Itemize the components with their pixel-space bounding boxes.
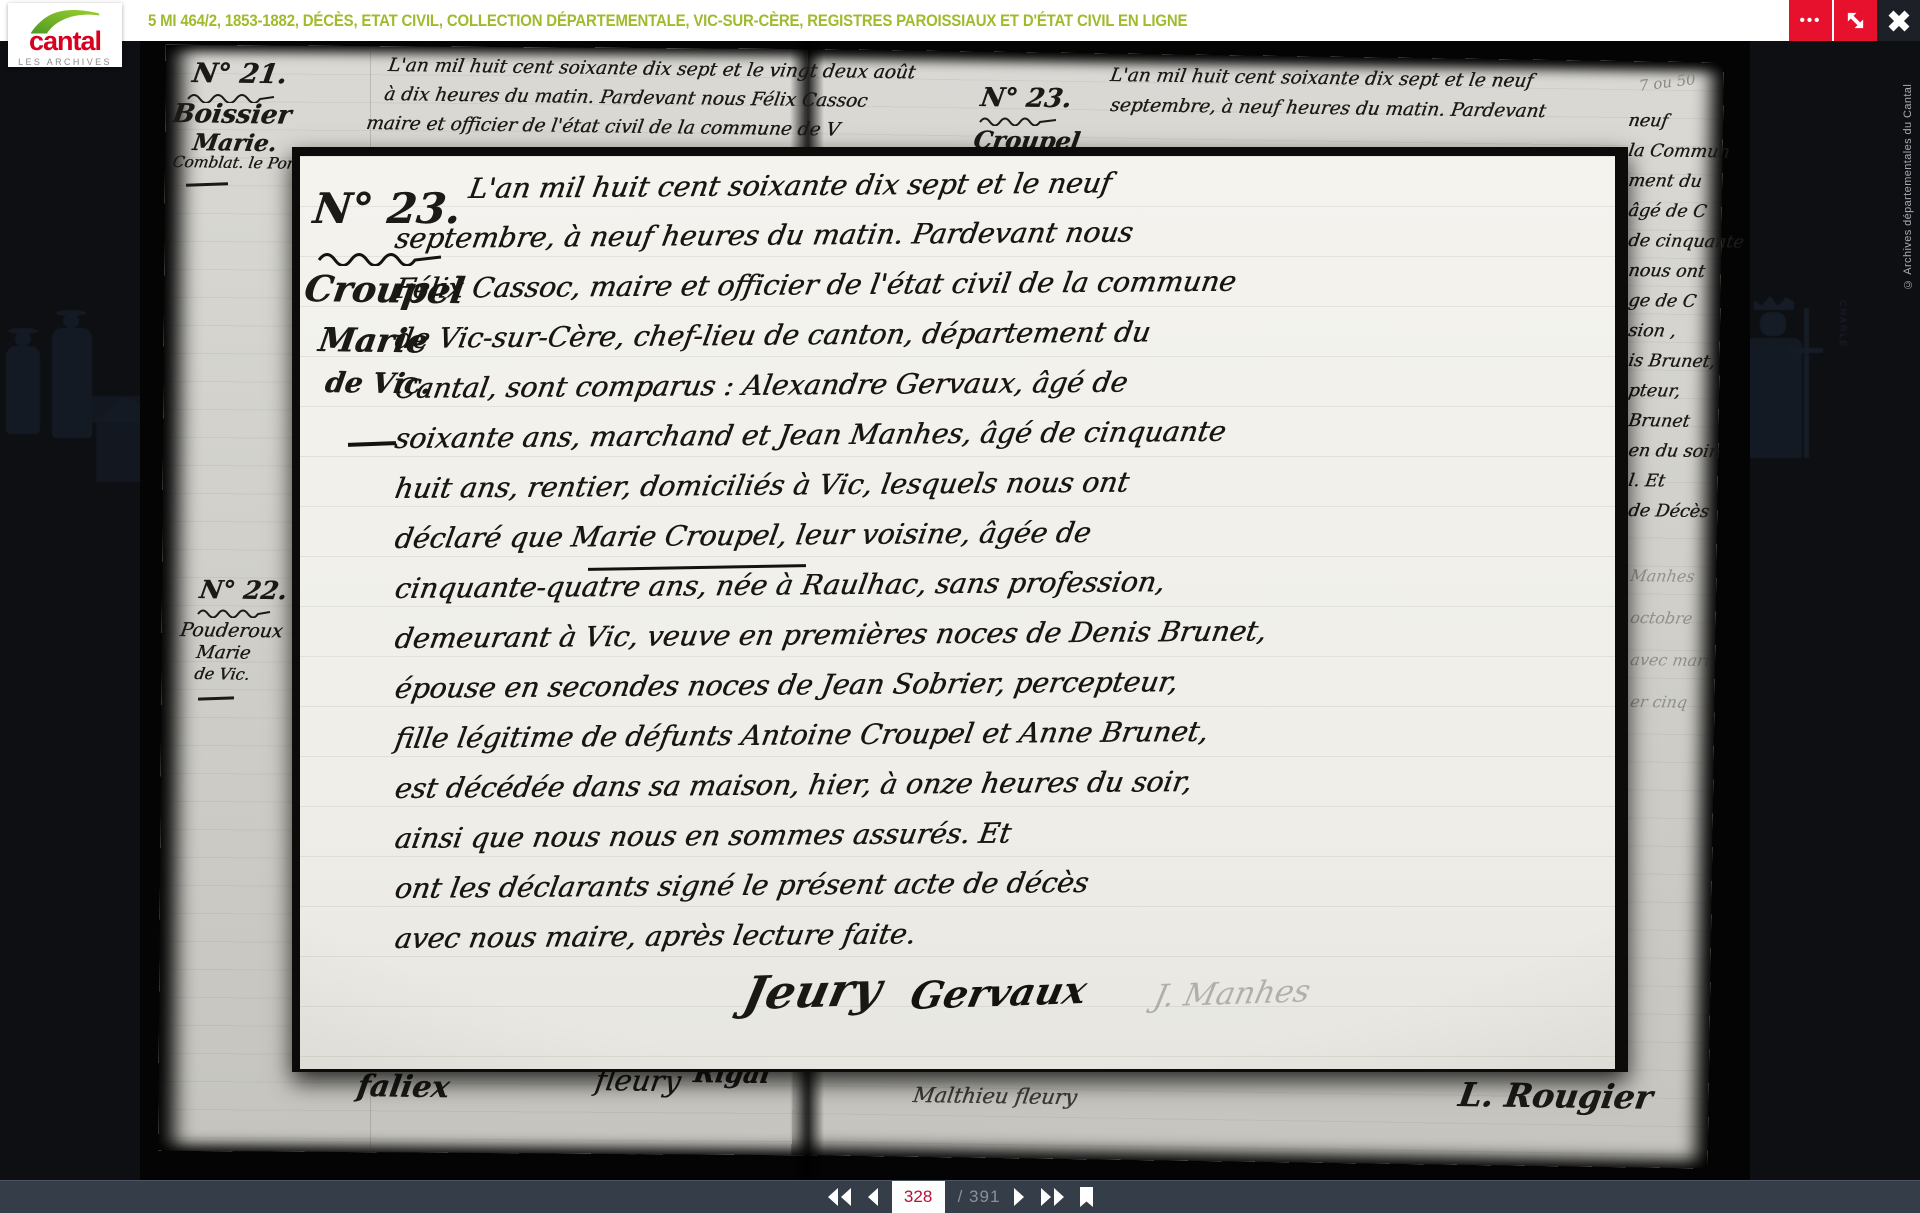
bookmark-button[interactable] [1079, 1181, 1094, 1213]
figure-head [15, 332, 31, 346]
handwritten-line: ainsi que nous nous en sommes assurés. E… [392, 817, 1013, 855]
card-king-crown [1754, 296, 1794, 310]
handwritten-line: sion , [1627, 321, 1678, 342]
logo-subtitle-text: LES ARCHIVES [18, 57, 112, 67]
margin-record-name: Pouderoux [179, 619, 285, 642]
viewer-title: 5 MI 464/2, 1853-1882, DÉCÈS, ETAT CIVIL… [148, 0, 1187, 41]
handwritten-line: ment du [1627, 171, 1703, 192]
signature: J. Manhes [1151, 973, 1314, 1014]
handwritten-line: ont les déclarants signé le présent acte… [392, 866, 1091, 905]
signature: Malthieu fleury [911, 1083, 1078, 1109]
signature: faliex [355, 1069, 452, 1105]
handwritten-line: fille légitime de défunts Antoine Croupe… [392, 715, 1210, 755]
handwritten-line: de Décès [1627, 501, 1711, 522]
page-total-label: / 391 [958, 1187, 1001, 1207]
signature: Gervaux [906, 967, 1091, 1018]
figure-head [63, 314, 79, 328]
handwritten-line: soixante ans, marchand et Jean Manhes, â… [392, 415, 1228, 455]
handwritten-line: avec mari [1629, 650, 1711, 670]
arrow-left-icon [866, 1187, 879, 1207]
first-page-button[interactable] [826, 1181, 853, 1213]
arrow-right-icon [1013, 1187, 1026, 1207]
header-buttons: ••• [1789, 0, 1877, 41]
handwritten-line: la Commun [1627, 141, 1731, 162]
margin-record-number: N° 23. [978, 83, 1074, 114]
handwritten-line: cinquante-quatre ans, née à Raulhac, san… [392, 565, 1167, 605]
margin-record-name: Boissier [170, 99, 293, 131]
handwritten-line: septembre, à neuf heures du matin. Parde… [392, 216, 1135, 255]
handwritten-line: Manhes [1629, 566, 1696, 586]
card-king-sword-hilt [1790, 348, 1823, 353]
copyright-watermark: © Archives départementales du Cantal [1902, 60, 1914, 290]
handwritten-line: neuf [1627, 111, 1669, 132]
fullscreen-button[interactable] [1834, 0, 1877, 41]
margin-record-place: Comblat. le Pont [171, 153, 304, 173]
handwritten-line: er cinq [1629, 692, 1689, 712]
previous-page-button[interactable] [866, 1181, 879, 1213]
close-viewer-button[interactable] [1877, 0, 1920, 41]
figure-body [6, 346, 40, 434]
handwritten-line: est décédée dans sa maison, hier, à onze… [392, 765, 1194, 805]
double-arrow-right-icon [1039, 1187, 1066, 1207]
handwritten-line: L'an mil huit cent soixante dix sept et … [466, 166, 1114, 205]
handwritten-line: demeurant à Vic, veuve en premières noce… [392, 614, 1269, 655]
margin-record-number: N° 22. [198, 575, 290, 605]
handwritten-line: de cinquante [1627, 231, 1745, 253]
handwritten-line: Brunet [1627, 411, 1691, 432]
margin-dash [348, 441, 396, 447]
margin-record-place: de Vic. [193, 664, 251, 684]
more-options-button[interactable]: ••• [1789, 0, 1832, 41]
card-king-body [1746, 338, 1802, 458]
next-page-button[interactable] [1013, 1181, 1026, 1213]
handwritten-line: âgé de C [1627, 201, 1708, 222]
margin-record-number: N° 21. [190, 58, 289, 90]
handwritten-line: de Vic-sur-Cère, chef-lieu de canton, dé… [392, 315, 1153, 355]
handwritten-line: is Brunet, [1627, 351, 1717, 372]
signature: L. Rougier [1456, 1075, 1655, 1117]
handwritten-line: huit ans, rentier, domiciliés à Vic, les… [392, 466, 1131, 505]
background-artwork-right: CHARLE [1742, 290, 1872, 490]
handwritten-line: octobre [1629, 608, 1694, 628]
handwritten-line: Cantal, sont comparus : Alexandre Gervau… [392, 366, 1130, 405]
card-king-head [1760, 312, 1786, 336]
close-icon [1887, 9, 1911, 33]
last-page-button[interactable] [1039, 1181, 1066, 1213]
signature: Jeury [739, 962, 887, 1021]
handwritten-line: avec nous maire, après lecture faite. [392, 917, 918, 955]
handwritten-line: nous ont [1627, 261, 1706, 282]
handwritten-line: pteur, [1627, 381, 1682, 402]
expand-icon [1844, 9, 1867, 32]
ellipsis-icon: ••• [1800, 13, 1822, 28]
handwritten-line: l. Et [1627, 471, 1667, 492]
bookmark-icon [1079, 1187, 1094, 1208]
logo-brand-text: cantal [29, 28, 101, 55]
handwritten-line: en du soir, [1627, 441, 1722, 462]
card-text: CHARLE [1838, 300, 1848, 349]
margin-squiggle [196, 607, 274, 618]
figure-body [52, 328, 92, 438]
cantal-archives-logo[interactable]: cantal LES ARCHIVES [8, 3, 122, 67]
page-number-input[interactable] [892, 1181, 945, 1213]
pagination-bar: / 391 [0, 1180, 1920, 1213]
margin-record-firstname: Marie [195, 642, 252, 664]
handwritten-line: déclaré que Marie Croupel, leur voisine,… [392, 516, 1093, 555]
handwritten-line: ge de C [1627, 291, 1698, 312]
double-arrow-left-icon [826, 1187, 853, 1207]
handwritten-line: épouse en secondes noces de Jean Sobrier… [392, 665, 1180, 705]
archive-viewer: CHARLE © Archives départementales du Can… [0, 0, 1920, 1213]
zoom-overlay[interactable]: N° 23. Croupel Marie de Vic. L'an mil hu… [292, 147, 1628, 1072]
header-bar: 5 MI 464/2, 1853-1882, DÉCÈS, ETAT CIVIL… [0, 0, 1920, 41]
handwritten-line: Félix Cassoc, maire et officier de l'éta… [392, 265, 1238, 305]
card-king-sword [1804, 308, 1809, 458]
